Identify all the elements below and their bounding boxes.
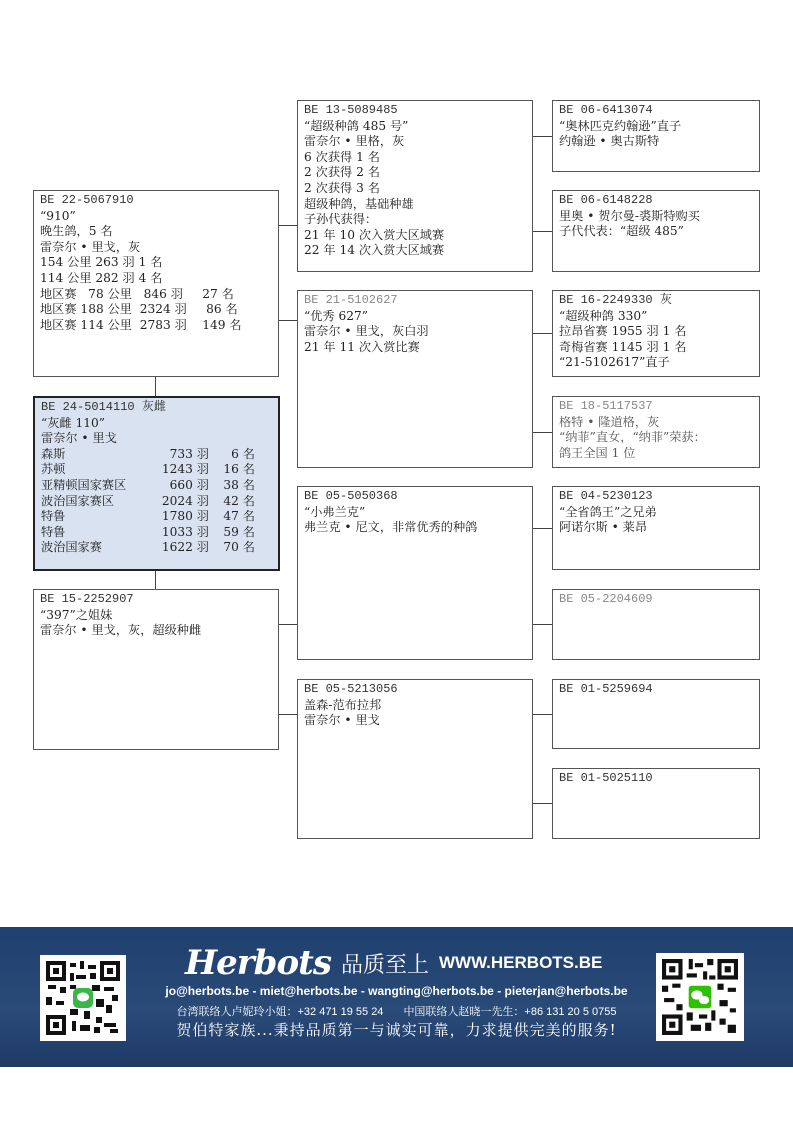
info-line: 雷奈尔 • 里戈 xyxy=(304,713,526,729)
info-line: “全省鸽王”之兄弟 xyxy=(559,505,753,521)
contact-taiwan: 台湾联络人卢妮玲小姐：+32 471 19 55 24 xyxy=(176,1006,383,1018)
info-line: 晚生鸽，5 名 xyxy=(40,224,272,240)
info-line: “纳菲”直女，“纳菲”荣获： xyxy=(559,430,753,446)
info-line: 地区赛 188 公里 2324 羽 86 名 xyxy=(40,302,272,318)
info-line: “超级种鸽 330” xyxy=(559,309,753,325)
info-line: 雷奈尔 • 里戈 xyxy=(41,431,272,447)
race-birds: 1243 羽 xyxy=(153,462,209,478)
info-line: 雷奈尔 • 里戈，灰，超级种雌 xyxy=(40,623,272,639)
wechat-qr-icon[interactable] xyxy=(656,953,744,1041)
race-name: 特鲁 xyxy=(41,509,153,525)
info-line: 奇梅省赛 1145 羽 1 名 xyxy=(559,340,753,356)
ring-number: BE 05-5213056 xyxy=(304,682,526,698)
race-place: 42 名 xyxy=(209,494,255,510)
info-line: 154 公里 263 羽 1 名 xyxy=(40,255,272,271)
info-line: 弗兰克 • 尼文，非常优秀的种鸽 xyxy=(304,520,526,536)
info-line: 盖森-范布拉邦 xyxy=(304,698,526,714)
ring-number: BE 05-5050368 xyxy=(304,489,526,505)
great-grandparent-box: BE 01-5259694 xyxy=(552,679,760,749)
race-name: 苏顿 xyxy=(41,462,153,478)
info-line: 雷奈尔 • 里戈，灰白羽 xyxy=(304,324,526,340)
subject-box: BE 24-5014110 灰雌 “灰雌 110” 雷奈尔 • 里戈 森斯733… xyxy=(33,396,280,571)
connector xyxy=(155,377,156,396)
info-line: 子代代表：“超级 485” xyxy=(559,224,753,240)
great-grandparent-box: BE 01-5025110 xyxy=(552,768,760,839)
race-place: 70 名 xyxy=(209,540,255,556)
grandparent-box: BE 13-5089485 “超级种鸽 485 号” 雷奈尔 • 里格，灰 6 … xyxy=(297,100,533,272)
connector xyxy=(279,624,297,625)
info-line: “超级种鸽 485 号” xyxy=(304,119,526,135)
info-line: “21-5102617”直子 xyxy=(559,355,753,371)
race-place: 6 名 xyxy=(209,447,255,463)
race-place: 16 名 xyxy=(209,462,255,478)
connector xyxy=(533,432,552,433)
info-line: “奥林匹克约翰逊”直子 xyxy=(559,119,753,135)
connector xyxy=(533,714,552,715)
grandparent-box: BE 21-5102627 “优秀 627” 雷奈尔 • 里戈，灰白羽 21 年… xyxy=(297,290,533,468)
info-line: 2 次获得 2 名 xyxy=(304,165,526,181)
ring-number: BE 05-2204609 xyxy=(559,592,753,608)
info-line: 鸽王全国 1 位 xyxy=(559,446,753,462)
info-line: 里奥 • 贺尔曼-裘斯特购买 xyxy=(559,209,753,225)
info-line: 21 年 11 次入赏比赛 xyxy=(304,340,526,356)
info-line: 格特 • 隆道格，灰 xyxy=(559,415,753,431)
grandparent-box: BE 05-5050368 “小弗兰克” 弗兰克 • 尼文，非常优秀的种鸽 xyxy=(297,486,533,660)
race-name: 特鲁 xyxy=(41,525,153,541)
info-line: 6 次获得 1 名 xyxy=(304,150,526,166)
great-grandparent-box: BE 04-5230123 “全省鸽王”之兄弟 阿诺尔斯 • 莱昂 xyxy=(552,486,760,570)
footer-banner: Herbots品质至上WWW.HERBOTS.BE jo@herbots.be … xyxy=(0,927,793,1067)
slogan: 品质至上 xyxy=(341,953,429,978)
great-grandparent-box: BE 06-6413074 “奥林匹克约翰逊”直子 约翰逊 • 奥古斯特 xyxy=(552,100,760,172)
connector xyxy=(533,136,552,137)
info-line: 子孙代获得： xyxy=(304,212,526,228)
connector xyxy=(533,803,552,804)
race-birds: 733 羽 xyxy=(153,447,209,463)
info-line: 114 公里 282 羽 4 名 xyxy=(40,271,272,287)
contact-china: 中国联络人赵晓一先生：+86 131 20 5 0755 xyxy=(403,1006,616,1018)
connector xyxy=(533,333,552,334)
info-line: 2 次获得 3 名 xyxy=(304,181,526,197)
race-name: 波治国家赛区 xyxy=(41,494,153,510)
great-grandparent-box: BE 06-6148228 里奥 • 贺尔曼-裘斯特购买 子代代表：“超级 48… xyxy=(552,190,760,272)
info-line: “小弗兰克” xyxy=(304,505,526,521)
info-line: “优秀 627” xyxy=(304,309,526,325)
brand-line: Herbots品质至上WWW.HERBOTS.BE xyxy=(185,943,615,983)
great-grandparent-box: BE 18-5117537 格特 • 隆道格，灰 “纳菲”直女，“纳菲”荣获： … xyxy=(552,396,760,468)
race-birds: 660 羽 xyxy=(153,478,209,494)
info-line: 地区赛 114 公里 2783 羽 149 名 xyxy=(40,318,272,334)
grandparent-box: BE 05-5213056 盖森-范布拉邦 雷奈尔 • 里戈 xyxy=(297,679,533,839)
connector xyxy=(279,714,297,715)
info-line: 地区赛 78 公里 846 羽 27 名 xyxy=(40,287,272,303)
herbots-logo: Herbots xyxy=(185,943,331,983)
race-name: 亚精顿国家赛区 xyxy=(41,478,153,494)
race-place: 38 名 xyxy=(209,478,255,494)
ring-number: BE 24-5014110 灰雌 xyxy=(41,400,272,416)
info-line: “灰雌 110” xyxy=(41,416,272,432)
info-line: 超级种鸽，基础种雄 xyxy=(304,197,526,213)
race-place: 59 名 xyxy=(209,525,255,541)
info-line: “397”之姐妹 xyxy=(40,608,272,624)
race-birds: 1780 羽 xyxy=(153,509,209,525)
info-line: “910” xyxy=(40,209,272,225)
dam-box: BE 15-2252907 “397”之姐妹 雷奈尔 • 里戈，灰，超级种雌 xyxy=(33,589,279,750)
connector xyxy=(155,570,156,589)
ring-number: BE 22-5067910 xyxy=(40,193,272,209)
race-birds: 2024 羽 xyxy=(153,494,209,510)
info-line: 21 年 10 次入赏大区域赛 xyxy=(304,228,526,244)
info-line: 约翰逊 • 奥古斯特 xyxy=(559,134,753,150)
info-line: 拉昂省赛 1955 羽 1 名 xyxy=(559,324,753,340)
info-line: 22 年 14 次入赏大区域赛 xyxy=(304,243,526,259)
ring-number: BE 06-6413074 xyxy=(559,103,753,119)
connector xyxy=(279,320,297,321)
info-line: 阿诺尔斯 • 莱昂 xyxy=(559,520,753,536)
race-place: 47 名 xyxy=(209,509,255,525)
ring-number: BE 16-2249330 灰 xyxy=(559,293,753,309)
race-name: 森斯 xyxy=(41,447,153,463)
info-line: 雷奈尔 • 里格，灰 xyxy=(304,134,526,150)
ring-number: BE 13-5089485 xyxy=(304,103,526,119)
ring-number: BE 21-5102627 xyxy=(304,293,526,309)
great-grandparent-box: BE 16-2249330 灰 “超级种鸽 330” 拉昂省赛 1955 羽 1… xyxy=(552,290,760,377)
ring-number: BE 01-5025110 xyxy=(559,771,753,787)
sire-box: BE 22-5067910 “910” 晚生鸽，5 名 雷奈尔 • 里戈，灰 1… xyxy=(33,190,279,377)
ring-number: BE 15-2252907 xyxy=(40,592,272,608)
results-table: 森斯733 羽6 名 苏顿1243 羽16 名 亚精顿国家赛区660 羽38 名… xyxy=(41,447,272,556)
website-link[interactable]: WWW.HERBOTS.BE xyxy=(439,953,602,972)
connector xyxy=(279,225,297,226)
race-birds: 1033 羽 xyxy=(153,525,209,541)
ring-number: BE 18-5117537 xyxy=(559,399,753,415)
ring-number: BE 01-5259694 xyxy=(559,682,753,698)
connector xyxy=(533,624,552,625)
race-name: 波治国家赛 xyxy=(41,540,153,556)
connector xyxy=(533,528,552,529)
ring-number: BE 06-6148228 xyxy=(559,193,753,209)
info-line: 雷奈尔 • 里戈，灰 xyxy=(40,240,272,256)
great-grandparent-box: BE 05-2204609 xyxy=(552,589,760,660)
connector xyxy=(533,231,552,232)
race-birds: 1622 羽 xyxy=(153,540,209,556)
ring-number: BE 04-5230123 xyxy=(559,489,753,505)
